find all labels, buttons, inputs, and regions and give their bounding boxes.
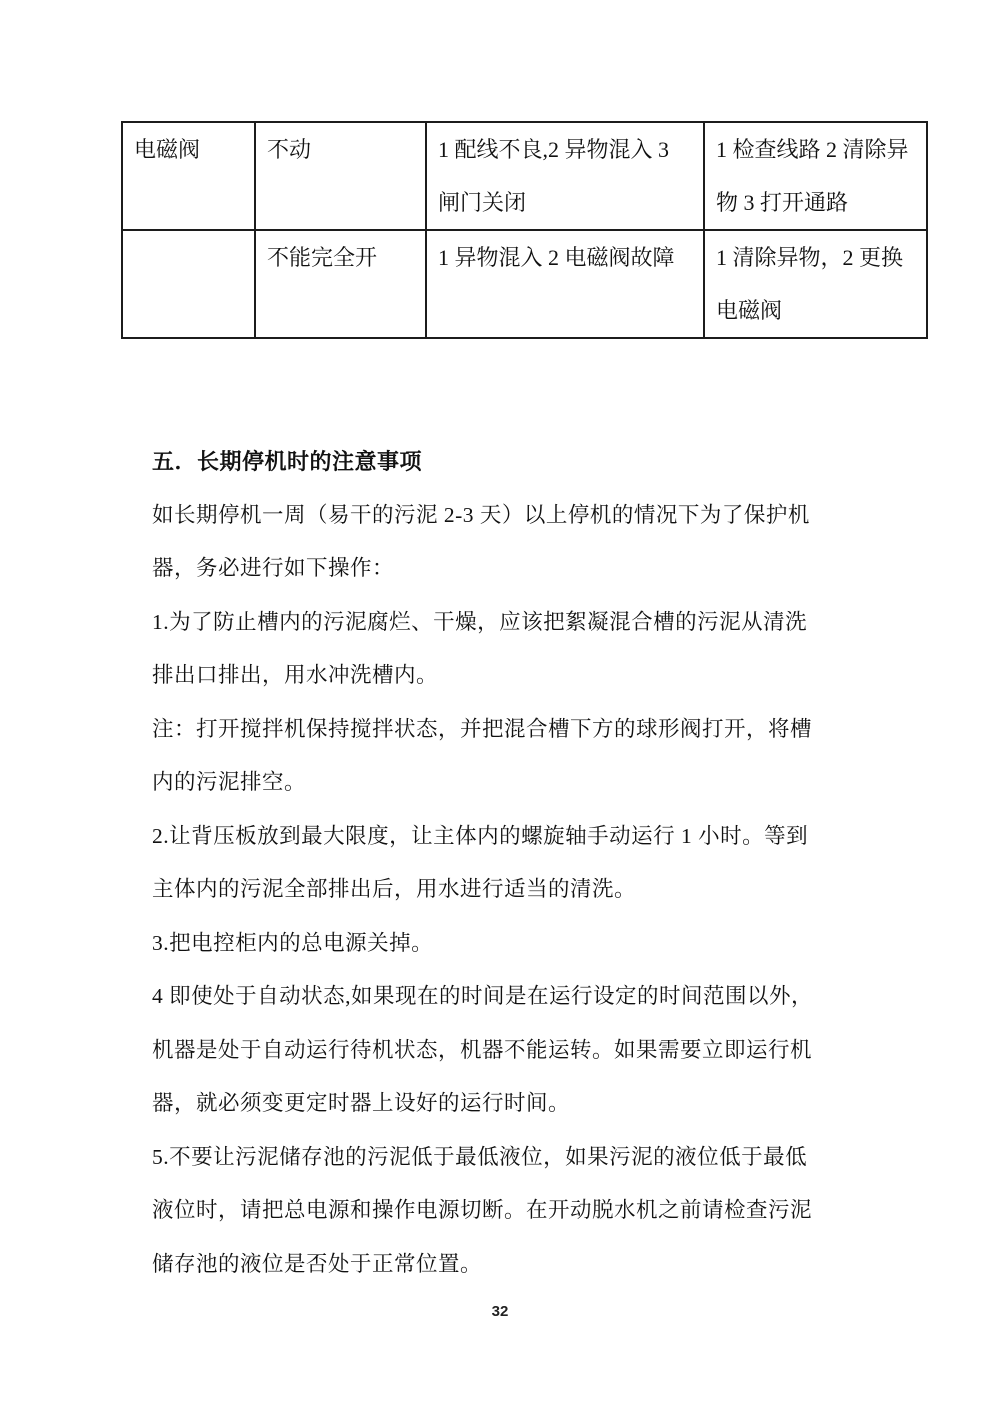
body-line: 液位时，请把总电源和操作电源切断。在开动脱水机之前请检查污泥 xyxy=(152,1184,912,1238)
table-cell-remedy: 1 清除异物，2 更换 电磁阀 xyxy=(704,230,927,338)
body-line: 排出口排出，用水冲洗槽内。 xyxy=(152,649,912,703)
body-line: 3.把电控柜内的总电源关掉。 xyxy=(152,917,912,971)
body-line: 机器是处于自动运行待机状态，机器不能运转。如果需要立即运行机 xyxy=(152,1024,912,1078)
table-row: 不能完全开 1 异物混入 2 电磁阀故障 1 清除异物，2 更换 电磁阀 xyxy=(122,230,927,338)
table-cell-component: 电磁阀 xyxy=(122,122,255,230)
table-cell-cause: 1 异物混入 2 电磁阀故障 xyxy=(426,230,704,338)
body-line: 4 即使处于自动状态,如果现在的时间是在运行设定的时间范围以外， xyxy=(152,970,912,1024)
table-cell-component xyxy=(122,230,255,338)
body-line: 注：打开搅拌机保持搅拌状态，并把混合槽下方的球形阀打开，将槽 xyxy=(152,703,912,757)
body-line: 5.不要让污泥储存池的污泥低于最低液位，如果污泥的液位低于最低 xyxy=(152,1131,912,1185)
body-line: 如长期停机一周（易干的污泥 2-3 天）以上停机的情况下为了保护机 xyxy=(152,489,912,543)
troubleshooting-table: 电磁阀 不动 1 配线不良,2 异物混入 3 闸门关闭 1 检查线路 2 清除异… xyxy=(121,121,928,339)
section-heading: 五．长期停机时的注意事项 xyxy=(152,435,912,489)
document-page: 电磁阀 不动 1 配线不良,2 异物混入 3 闸门关闭 1 检查线路 2 清除异… xyxy=(0,0,1000,1414)
body-line: 2.让背压板放到最大限度，让主体内的螺旋轴手动运行 1 小时。等到 xyxy=(152,810,912,864)
table-cell-cause: 1 配线不良,2 异物混入 3 闸门关闭 xyxy=(426,122,704,230)
table-cell-symptom: 不能完全开 xyxy=(255,230,426,338)
page-number: 32 xyxy=(0,1303,1000,1320)
table-cell-remedy: 1 检查线路 2 清除异 物 3 打开通路 xyxy=(704,122,927,230)
table-row: 电磁阀 不动 1 配线不良,2 异物混入 3 闸门关闭 1 检查线路 2 清除异… xyxy=(122,122,927,230)
body-line: 1.为了防止槽内的污泥腐烂、干燥，应该把絮凝混合槽的污泥从清洗 xyxy=(152,596,912,650)
body-line: 内的污泥排空。 xyxy=(152,756,912,810)
body-line: 器，务必进行如下操作： xyxy=(152,542,912,596)
body-line: 储存池的液位是否处于正常位置。 xyxy=(152,1238,912,1292)
body-text: 五．长期停机时的注意事项 如长期停机一周（易干的污泥 2-3 天）以上停机的情况… xyxy=(152,435,912,1291)
body-line: 器，就必须变更定时器上设好的运行时间。 xyxy=(152,1077,912,1131)
body-line: 主体内的污泥全部排出后，用水进行适当的清洗。 xyxy=(152,863,912,917)
table-cell-symptom: 不动 xyxy=(255,122,426,230)
